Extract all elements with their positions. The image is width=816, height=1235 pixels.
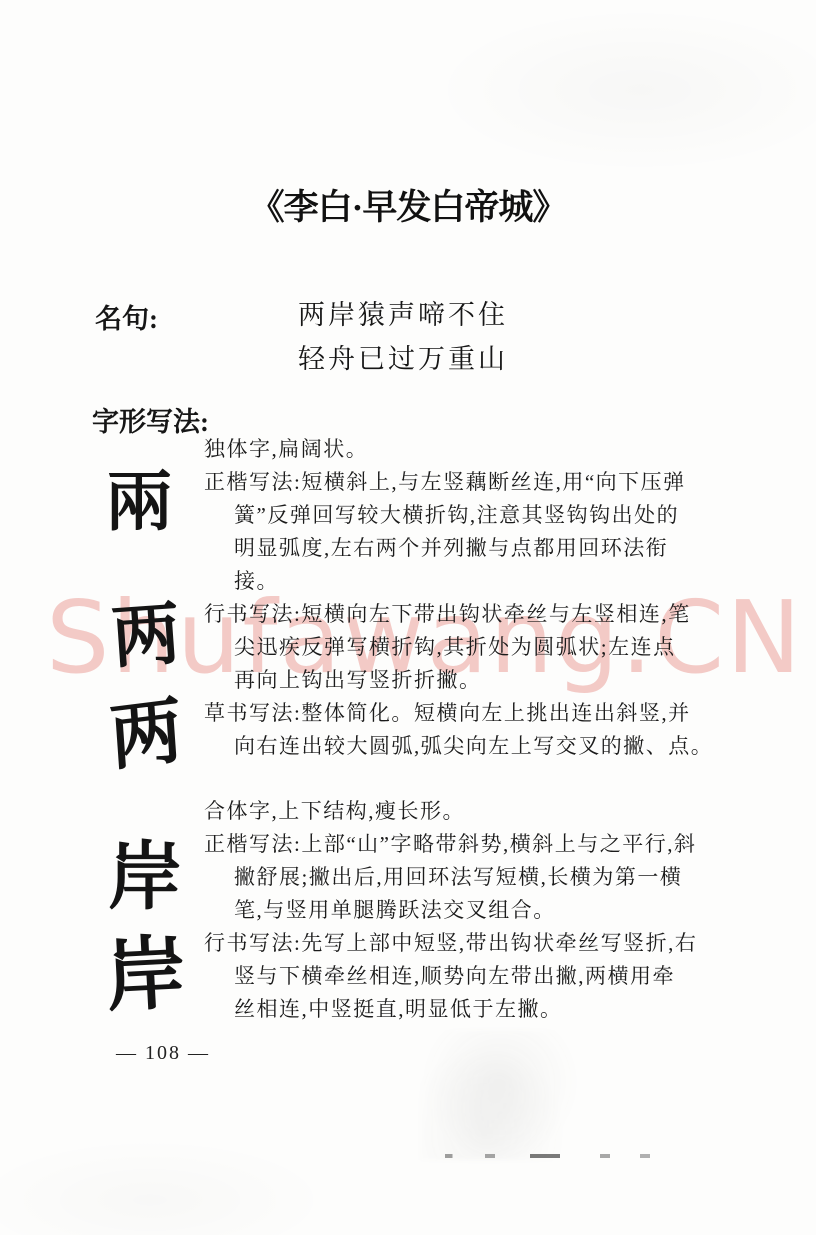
body-text-line: 独体字,扁阔状。: [204, 433, 734, 466]
body-text-line: 合体字,上下结构,瘦长形。: [204, 795, 734, 828]
body-text-line: 行书写法:先写上部中短竖,带出钩状牵丝写竖折,右: [204, 927, 734, 960]
section-heading: 字形写法:: [92, 400, 209, 439]
body-text-line: 簧”反弹回写较大横折钩,注意其竖钩钩出处的: [204, 499, 734, 532]
body-text-line: 正楷写法:上部“山”字略带斜势,横斜上与之平行,斜: [204, 828, 734, 861]
calligraphy-char-liang-cursive: 两: [108, 694, 185, 775]
body-text-line: 向右连出较大圆弧,弧尖向左上写交叉的撇、点。: [204, 730, 734, 763]
body-text-line: [204, 763, 734, 795]
famous-lines-label: 名句:: [95, 297, 158, 336]
famous-line-2: 轻舟已过万重山: [298, 337, 508, 381]
famous-lines-couplet: 两岸猿声啼不住 轻舟已过万重山: [298, 293, 508, 381]
calligraphy-char-liang-regular: 兩: [106, 468, 172, 534]
famous-line-1: 两岸猿声啼不住: [298, 293, 508, 337]
body-text-line: 草书写法:整体简化。短横向左上挑出连出斜竖,并: [204, 697, 734, 730]
body-text-line: 明显弧度,左右两个并列撇与点都用回环法衔: [204, 532, 734, 565]
body-text-line: 丝相连,中竖挺直,明显低于左撇。: [204, 993, 734, 1026]
scan-speckles: [430, 1154, 680, 1158]
body-text-line: 再向上钩出写竖折折撇。: [204, 664, 734, 697]
page-title: 《李白·早发白帝城》: [0, 180, 816, 230]
calligraphy-char-an-regular: 岸: [108, 840, 182, 914]
faint-stamp-ghost: [420, 1030, 580, 1160]
body-text-line: 笔,与竖用单腿腾跃法交叉组合。: [204, 894, 734, 927]
body-text-line: 接。: [204, 565, 734, 598]
page-number: — 108 —: [116, 1042, 210, 1065]
book-page: Shufawang.CN 《李白·早发白帝城》 名句: 两岸猿声啼不住 轻舟已过…: [0, 0, 816, 1235]
calligraphy-char-liang-running: 两: [110, 600, 183, 673]
body-text-line: 行书写法:短横向左下带出钩状牵丝与左竖相连,笔: [204, 598, 734, 631]
calligraphy-char-an-running: 岸: [104, 932, 188, 1016]
body-text-line: 尖迅疾反弹写横折钩,其折处为圆弧状;左连点: [204, 631, 734, 664]
body-text-line: 正楷写法:短横斜上,与左竖藕断丝连,用“向下压弹: [204, 466, 734, 499]
body-text-block: 独体字,扁阔状。正楷写法:短横斜上,与左竖藕断丝连,用“向下压弹簧”反弹回写较大…: [204, 433, 734, 1026]
body-text-line: 竖与下横牵丝相连,顺势向左带出撇,两横用牵: [204, 960, 734, 993]
body-text-line: 撇舒展;撇出后,用回环法写短横,长横为第一横: [204, 861, 734, 894]
